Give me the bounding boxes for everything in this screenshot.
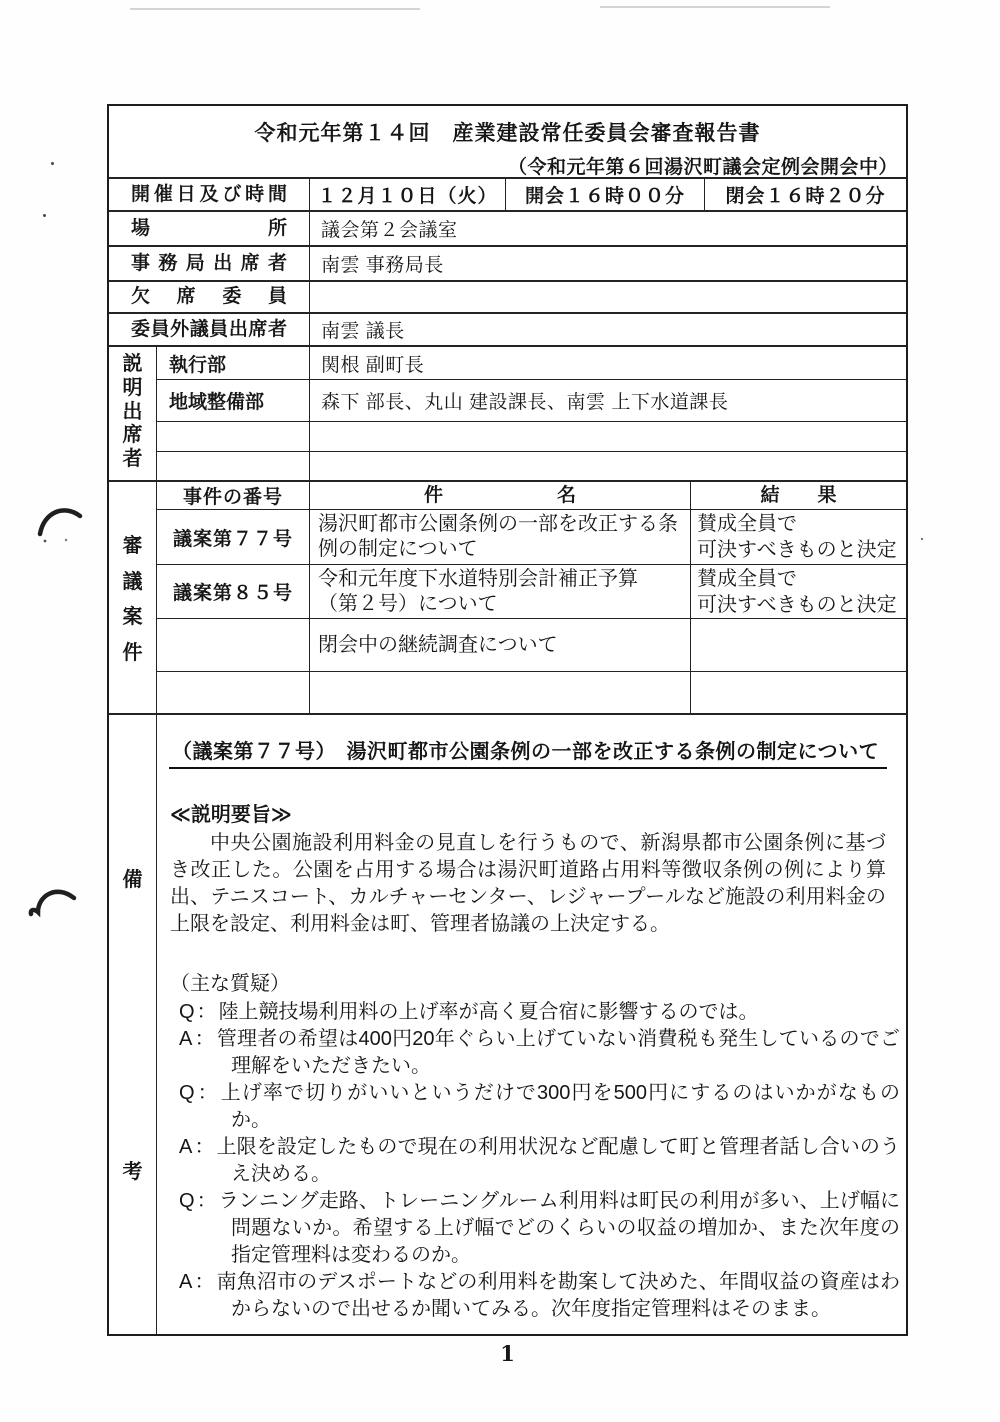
explainer-row <box>157 452 906 481</box>
agenda-item-number: 議案第７７号 <box>157 510 310 564</box>
qa-answer: A：上限を設定したもので現在の利用状況など配慮して町と管理者話し合いのうえ決める… <box>179 1134 900 1188</box>
explainer-members: 森下 部長、丸山 建設課長、南雲 上下水道課長 <box>310 380 906 421</box>
explainers-rows: 執行部 関根 副町長 地域整備部 森下 部長、丸山 建設課長、南雲 上下水道課長 <box>157 347 906 480</box>
agenda-row: 議案第７７号 湯沢町都市公園条例の一部を改正する条 例の制定について 賛成全員で… <box>157 510 906 565</box>
row-absent-members: 欠席委員 <box>109 282 906 314</box>
qa-prefix: A： <box>179 1136 217 1158</box>
explainer-dept <box>157 452 310 481</box>
explainer-row: 地域整備部 森下 部長、丸山 建設課長、南雲 上下水道課長 <box>157 380 906 422</box>
row-date-time: 開催日及び時間 １２月１０日（火） 開会１６時００分 閉会１６時２０分 <box>109 179 906 212</box>
summary-title: ≪説明要旨≫ <box>170 798 906 827</box>
qa-question: Q：ランニング走路、トレーニングルーム利用料は町民の利用が多い、上げ幅に問題ない… <box>179 1188 900 1269</box>
qa-text: 上げ率で切りがいいというだけで300円を500円にするのはいかがなものか。 <box>221 1082 900 1131</box>
summary-paragraph: 中央公園施設利用料金の見直しを行うもので、新潟県都市公園条例に基づき改正した。公… <box>170 830 886 938</box>
agenda-item-result: 賛成全員で 可決すべきものと決定 <box>691 510 906 564</box>
agenda-vertical-label: 審議案件 <box>109 482 157 713</box>
agenda-header-row: 事件の番号 件 名 結 果 <box>157 482 906 510</box>
scan-streak <box>600 6 830 8</box>
section-explainers: 説明出席者 執行部 関根 副町長 地域整備部 森下 部長、丸山 建設課長、南雲 … <box>109 347 906 482</box>
section-agenda: 審議案件 事件の番号 件 名 結 果 議案第７７号 湯沢町都市公園条例の一部を改… <box>109 482 906 715</box>
qa-list: Q：陸上競技場利用料の上げ率が高く夏合宿に影響するのでは。 A：管理者の希望は4… <box>179 999 900 1323</box>
explainer-row <box>157 422 906 452</box>
nonmember-attendees-label: 委員外議員出席者 <box>109 314 310 345</box>
qa-text: ランニング走路、トレーニングルーム利用料は町民の利用が多い、上げ幅に問題ないか。… <box>219 1190 900 1266</box>
meeting-date: １２月１０日（火） <box>310 179 506 210</box>
agenda-row <box>157 672 906 713</box>
explainer-row: 執行部 関根 副町長 <box>157 347 906 380</box>
agenda-row: 議案第８５号 令和元年度下水道特別会計補正予算 （第２号）について 賛成全員で … <box>157 565 906 619</box>
scan-speck <box>43 214 46 217</box>
qa-text: 陸上競技場利用料の上げ率が高く夏合宿に影響するのでは。 <box>219 1001 759 1023</box>
qa-text: 上限を設定したもので現在の利用状況など配慮して町と管理者話し合いのうえ決める。 <box>217 1136 900 1185</box>
place-value: 議会第２会議室 <box>310 212 906 245</box>
qa-prefix: Q： <box>179 1001 219 1023</box>
scan-speck <box>921 538 923 540</box>
explainer-dept: 執行部 <box>157 347 310 379</box>
agenda-item-result <box>691 619 906 671</box>
explainer-members <box>310 452 906 481</box>
ink-mark <box>26 878 78 922</box>
remarks-heading: （議案第７７号） 湯沢町都市公園条例の一部を改正する条例の制定について <box>169 735 887 769</box>
absent-members-label: 欠席委員 <box>109 282 310 312</box>
close-time: 閉会１６時２０分 <box>705 179 906 210</box>
report-subtitle: （令和元年第６回湯沢町議会定例会開会中） <box>109 147 906 179</box>
qa-prefix: A： <box>179 1028 217 1050</box>
place-label: 場所 <box>109 212 310 245</box>
explainers-vertical-label: 説明出席者 <box>109 347 157 480</box>
qa-text: 南魚沼市のデスポートなどの利用料を勘案して決めた、年間収益の資産はわからないので… <box>217 1271 900 1320</box>
qa-question: Q：上げ率で切りがいいというだけで300円を500円にするのはいかがなものか。 <box>179 1080 900 1134</box>
agenda-row: 閉会中の継続調査について <box>157 619 906 672</box>
agenda-item-number <box>157 672 310 713</box>
qa-question: Q：陸上競技場利用料の上げ率が高く夏合宿に影響するのでは。 <box>179 999 900 1026</box>
secretariat-label: 事務局出席者 <box>109 247 310 280</box>
explainer-members <box>310 422 906 451</box>
agenda-item-result <box>691 672 906 713</box>
qa-answer: A：南魚沼市のデスポートなどの利用料を勘案して決めた、年間収益の資産はわからない… <box>179 1269 900 1323</box>
row-nonmember-attendees: 委員外議員出席者 南雲 議長 <box>109 314 906 347</box>
qa-prefix: Q： <box>179 1082 221 1104</box>
agenda-item-number: 議案第８５号 <box>157 565 310 618</box>
open-time: 開会１６時００分 <box>506 179 705 210</box>
remarks-vertical-label: 備考 <box>109 715 157 1334</box>
agenda-item-name: 湯沢町都市公園条例の一部を改正する条 例の制定について <box>310 510 691 564</box>
report-table: 令和元年第１４回 産業建設常任委員会審査報告書 （令和元年第６回湯沢町議会定例会… <box>107 104 908 1336</box>
explainer-dept: 地域整備部 <box>157 380 310 421</box>
agenda-item-name: 閉会中の継続調査について <box>310 619 691 671</box>
explainer-dept <box>157 422 310 451</box>
section-remarks: 備考 （議案第７７号） 湯沢町都市公園条例の一部を改正する条例の制定について ≪… <box>109 715 906 1334</box>
agenda-header-result: 結 果 <box>691 482 906 509</box>
agenda-item-result: 賛成全員で 可決すべきものと決定 <box>691 565 906 618</box>
qa-answer: A：管理者の希望は400円20年ぐらい上げていない消費税も発生しているのでご理解… <box>179 1026 900 1080</box>
agenda-table: 事件の番号 件 名 結 果 議案第７７号 湯沢町都市公園条例の一部を改正する条 … <box>157 482 906 713</box>
row-secretariat: 事務局出席者 南雲 事務局長 <box>109 247 906 282</box>
date-time-label: 開催日及び時間 <box>109 179 310 210</box>
agenda-header-name: 件 名 <box>310 482 691 509</box>
agenda-item-name <box>310 672 691 713</box>
qa-title: （主な質疑） <box>170 967 906 996</box>
agenda-header-number: 事件の番号 <box>157 482 310 509</box>
agenda-item-name: 令和元年度下水道特別会計補正予算 （第２号）について <box>310 565 691 618</box>
qa-prefix: Q： <box>179 1190 219 1212</box>
qa-prefix: A： <box>179 1271 217 1293</box>
secretariat-value: 南雲 事務局長 <box>310 247 906 280</box>
remarks-body: （議案第７７号） 湯沢町都市公園条例の一部を改正する条例の制定について ≪説明要… <box>157 715 906 1334</box>
explainer-members: 関根 副町長 <box>310 347 906 379</box>
scan-speck <box>51 162 54 165</box>
absent-members-value <box>310 282 906 312</box>
agenda-item-number <box>157 619 310 671</box>
ink-mark <box>36 500 84 544</box>
qa-text: 管理者の希望は400円20年ぐらい上げていない消費税も発生しているのでご理解をい… <box>217 1028 900 1077</box>
page-number: 1 <box>107 1341 908 1366</box>
scan-streak <box>130 8 420 10</box>
report-title: 令和元年第１４回 産業建設常任委員会審査報告書 <box>109 106 906 147</box>
title-block: 令和元年第１４回 産業建設常任委員会審査報告書 （令和元年第６回湯沢町議会定例会… <box>109 106 906 179</box>
scanned-report-page: 令和元年第１４回 産業建設常任委員会審査報告書 （令和元年第６回湯沢町議会定例会… <box>0 0 1000 1422</box>
nonmember-attendees-value: 南雲 議長 <box>310 314 906 345</box>
row-place: 場所 議会第２会議室 <box>109 212 906 247</box>
